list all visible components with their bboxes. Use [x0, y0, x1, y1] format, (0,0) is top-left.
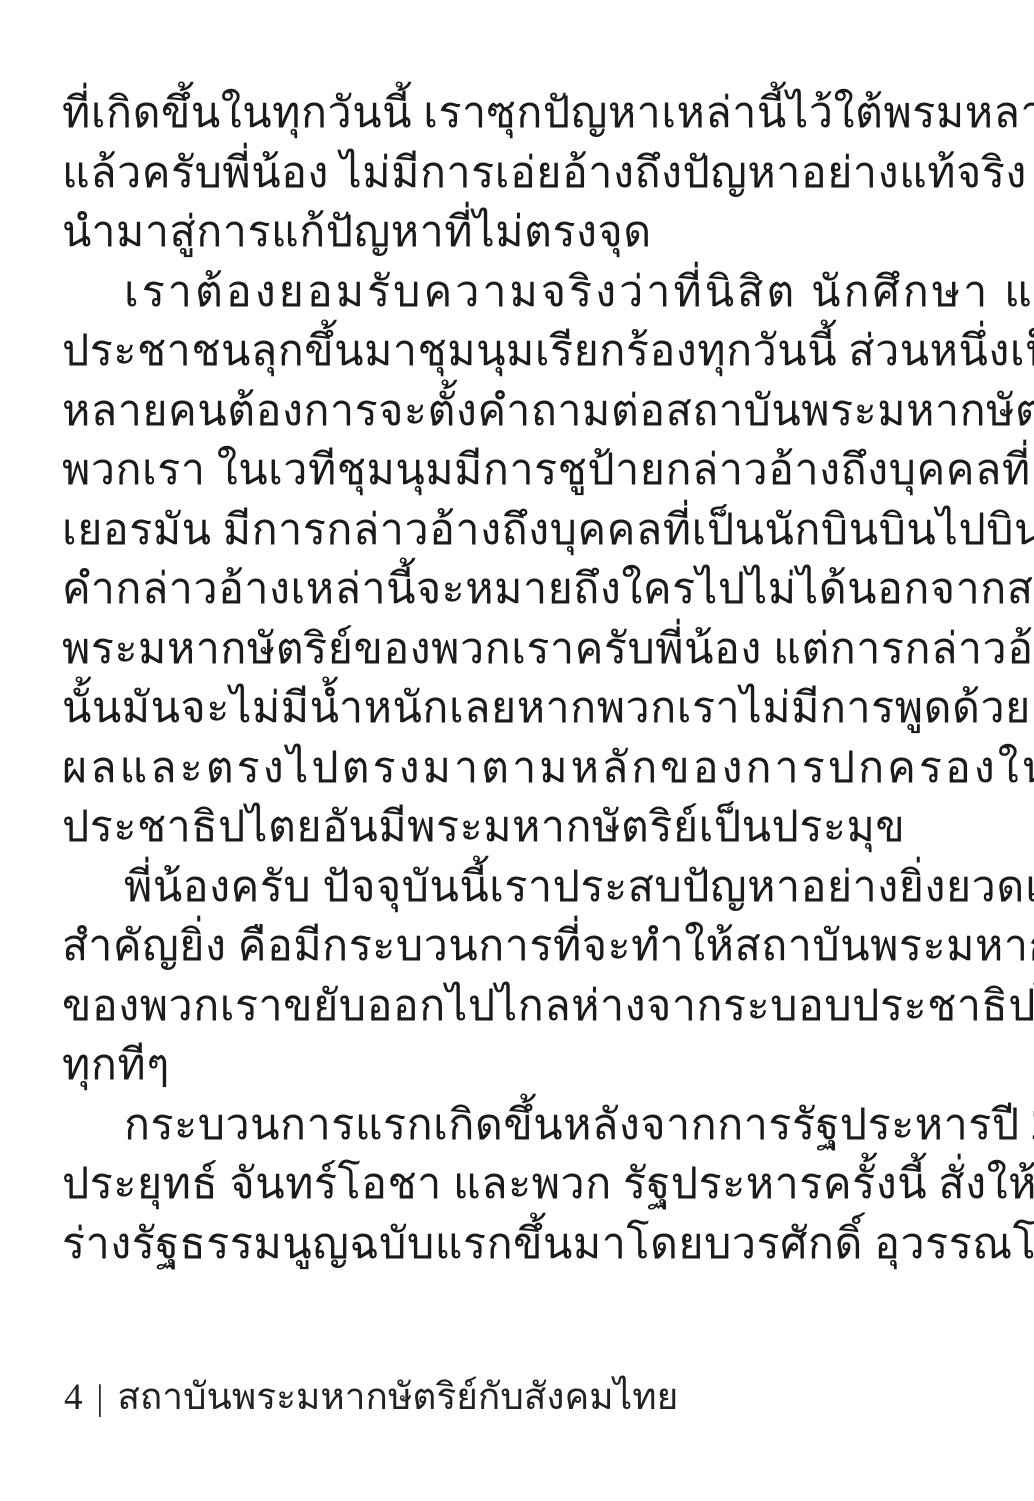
text-line: ประชาธิปไตยอันมีพระมหากษัตริย์เป็นประมุข: [62, 798, 978, 858]
text-line: ทุกทีๆ: [62, 1036, 978, 1096]
body-text: ที่เกิดขึ้นในทุกวันนี้ เราซุกปัญหาเหล่าน…: [62, 84, 978, 1274]
text-line: ประยุทธ์ จันทร์โอชา และพวก รัฐประหารครั้…: [62, 1155, 978, 1215]
text-line: นำมาสู่การแก้ปัญหาที่ไม่ตรงจุด: [62, 203, 978, 263]
page-footer: 4 | สถาบันพระมหากษัตริย์กับสังคมไทย: [64, 1372, 678, 1425]
text-line: เยอรมัน มีการกล่าวอ้างถึงบุคคลที่เป็นนัก…: [62, 501, 978, 561]
text-line: คำกล่าวอ้างเหล่านี้จะหมายถึงใครไปไม่ได้น…: [62, 560, 978, 620]
text-line: พระมหากษัตริย์ของพวกเราครับพี่น้อง แต่กา…: [62, 620, 978, 680]
text-line: ผลและตรงไปตรงมาตามหลักของการปกครองในระบอ…: [62, 739, 978, 799]
text-line: หลายคนต้องการจะตั้งคำถามต่อสถาบันพระมหาก…: [62, 382, 978, 442]
text-line: สำคัญยิ่ง คือมีกระบวนการที่จะทำให้สถาบัน…: [62, 917, 978, 977]
text-line paragraph-start: พี่น้องครับ ปัจจุบันนี้เราประสบปัญหาอย่า…: [62, 858, 978, 918]
footer-separator: |: [97, 1372, 104, 1427]
book-page: ที่เกิดขึ้นในทุกวันนี้ เราซุกปัญหาเหล่าน…: [0, 0, 1034, 1501]
text-line: แล้วครับพี่น้อง ไม่มีการเอ่ยอ้างถึงปัญหา…: [62, 144, 978, 204]
book-title: สถาบันพระมหากษัตริย์กับสังคมไทย: [117, 1372, 678, 1424]
page-number: 4: [64, 1372, 83, 1424]
text-line: พวกเรา ในเวทีชุมนุมมีการชูป้ายกล่าวอ้างถ…: [62, 441, 978, 501]
text-line: ร่างรัฐธรรมนูญฉบับแรกขึ้นมาโดยบวรศักดิ์ …: [62, 1215, 978, 1275]
text-line paragraph-start: กระบวนการแรกเกิดขึ้นหลังจากการรัฐประหารป…: [62, 1096, 978, 1156]
text-line: ของพวกเราขยับออกไปไกลห่างจากระบอบประชาธิ…: [62, 977, 978, 1037]
text-line: นั้นมันจะไม่มีน้ำหนักเลยหากพวกเราไม่มีกา…: [62, 679, 978, 739]
text-line paragraph-start: เราต้องยอมรับความจริงว่าที่นิสิต นักศึกษ…: [62, 263, 978, 323]
text-line: ที่เกิดขึ้นในทุกวันนี้ เราซุกปัญหาเหล่าน…: [62, 84, 978, 144]
text-line: ประชาชนลุกขึ้นมาชุมนุมเรียกร้องทุกวันนี้…: [62, 322, 978, 382]
